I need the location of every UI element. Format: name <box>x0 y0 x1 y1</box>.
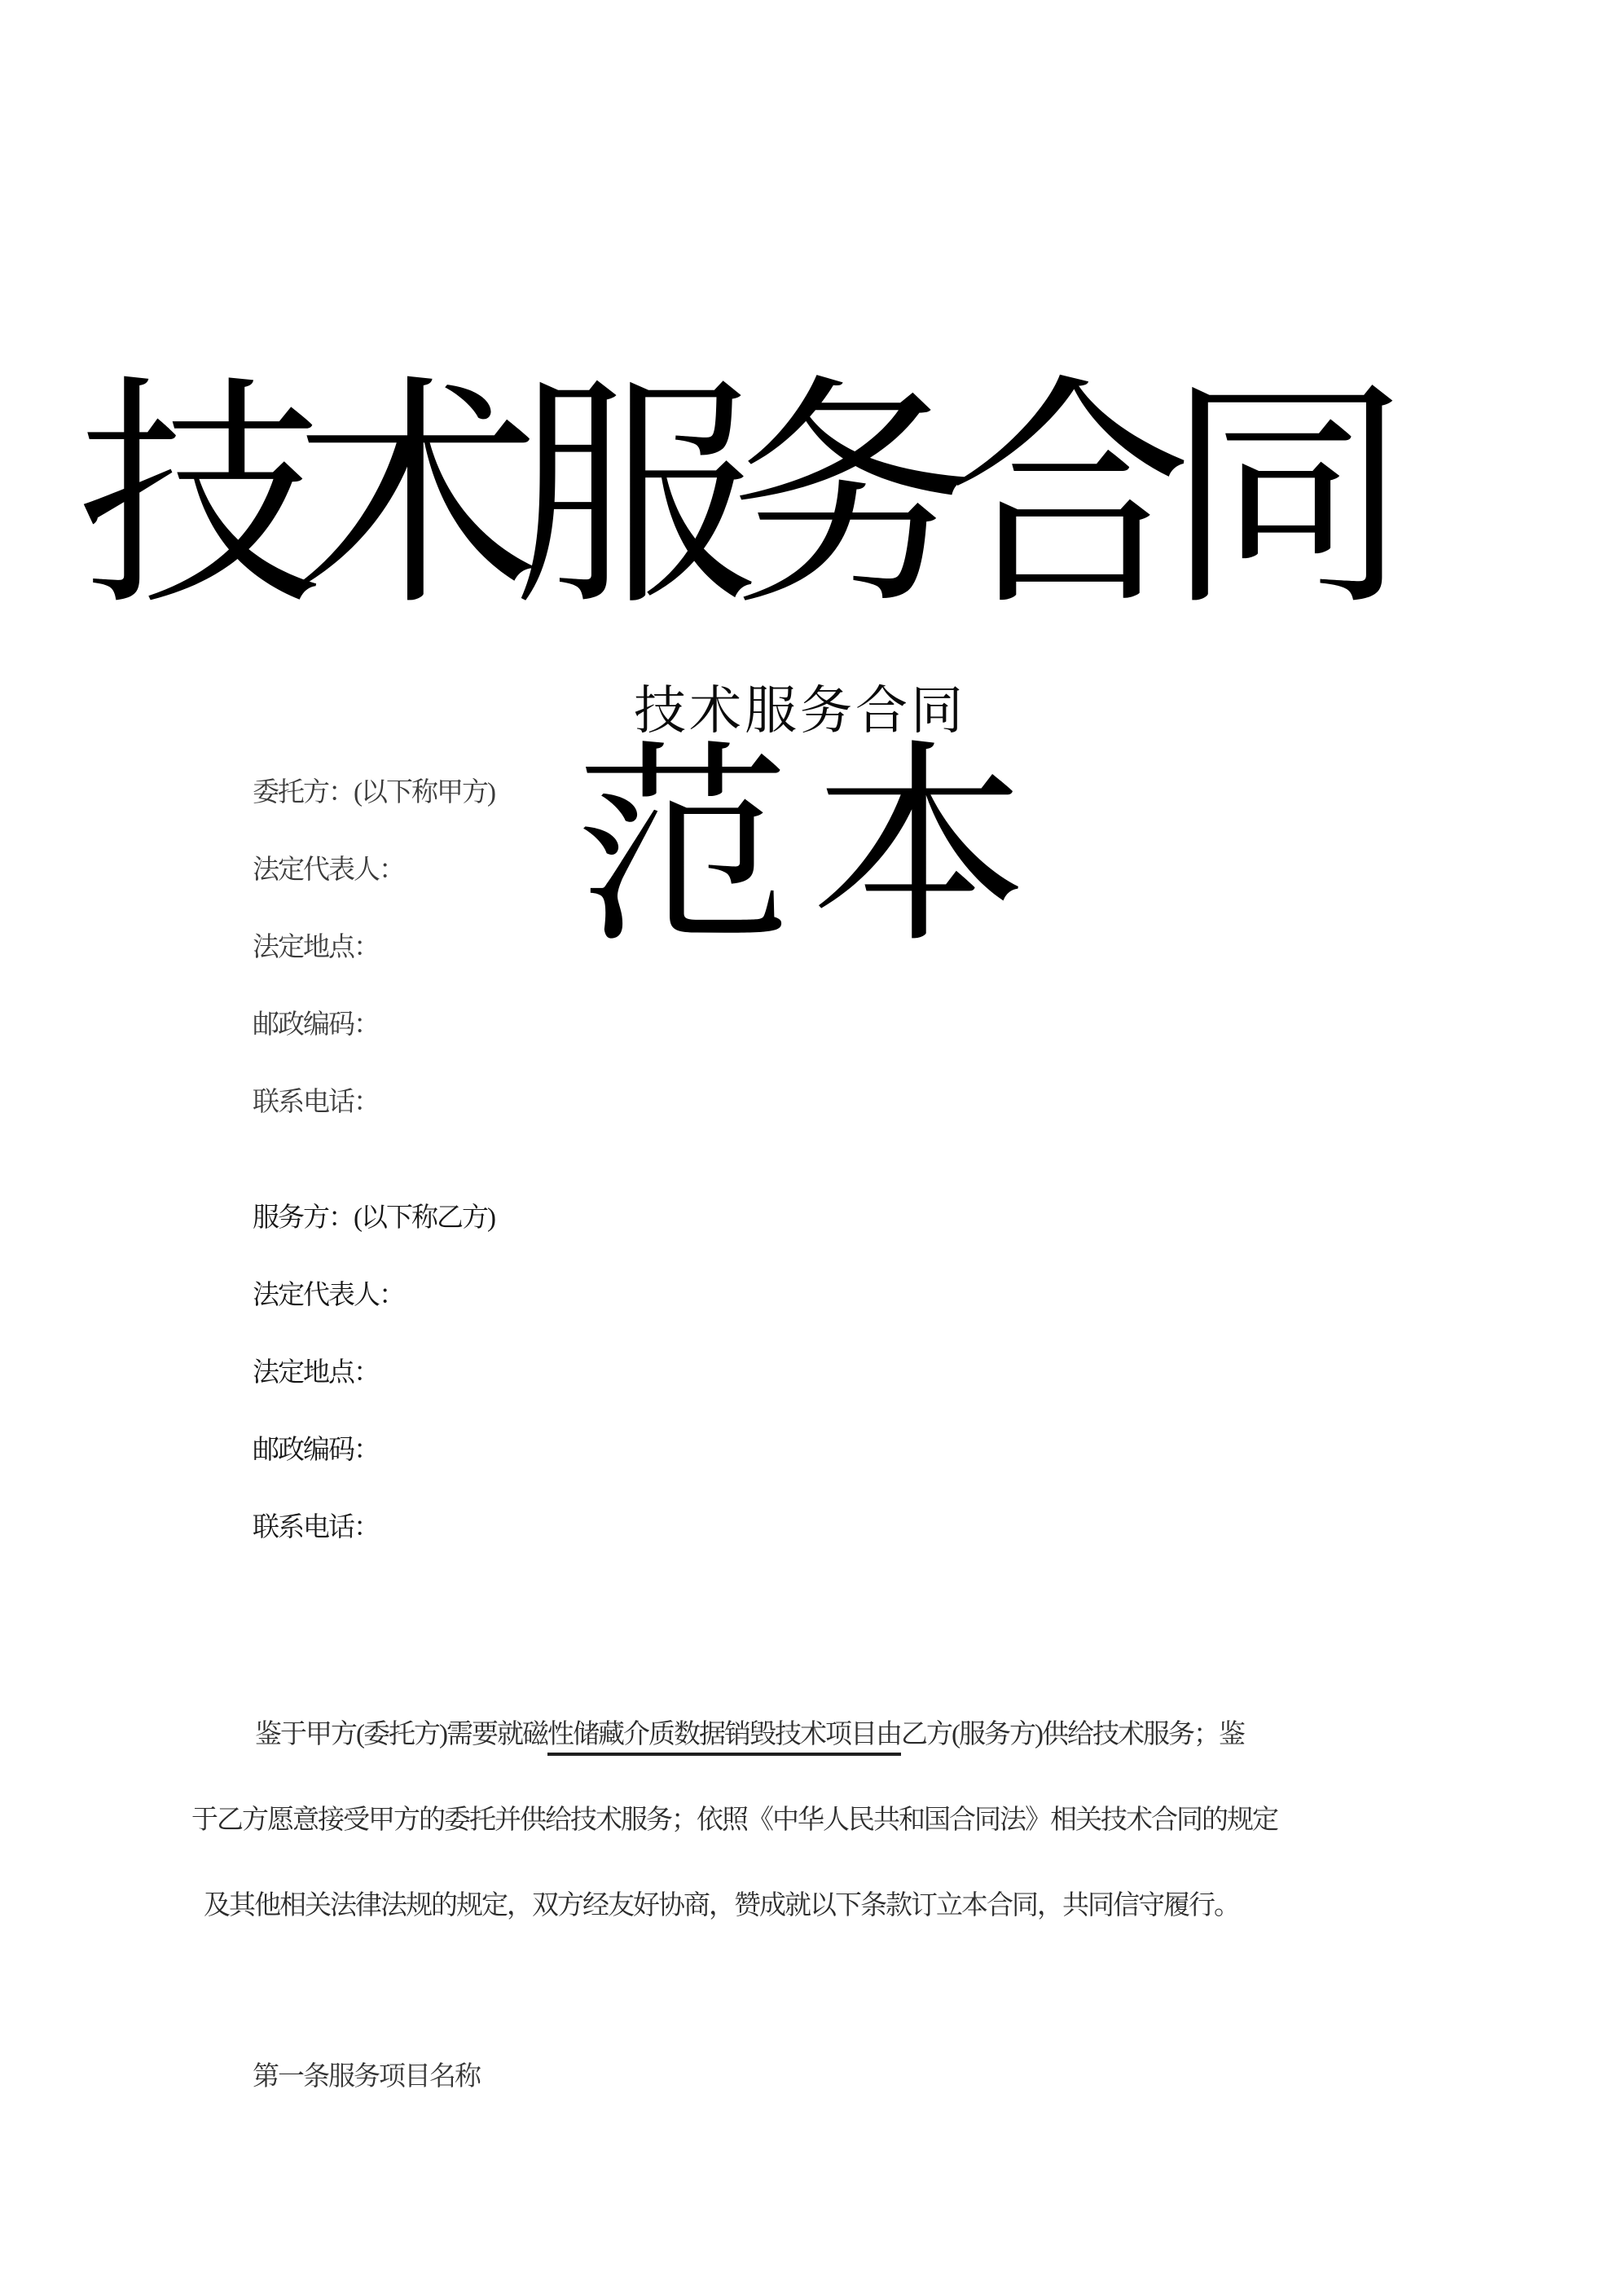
article-1-heading: 第一条服务项目名称 <box>253 2060 480 2095</box>
recitals-line-3: 及其他相关法律法规的规定，双方经友好协商，赞成就以下条款订立本合同，共同信守履行… <box>204 1889 1239 1924</box>
field-provider-legal-representative: 法定代表人： <box>253 1278 404 1313</box>
field-provider-phone: 联系电话： <box>253 1511 379 1546</box>
field-client-postal-code: 邮政编码： <box>253 1008 379 1043</box>
field-provider-legal-address: 法定地点： <box>253 1356 379 1391</box>
field-client-legal-representative: 法定代表人： <box>253 853 404 888</box>
field-provider: 服务方：(以下称乙方) <box>253 1201 495 1236</box>
main-title: 技术服务合同 <box>77 371 1382 627</box>
field-client-phone: 联系电话： <box>253 1085 379 1120</box>
field-client-legal-address: 法定地点： <box>253 930 379 965</box>
document-page: 技术服务合同 技术服务合同 范本 委托方：(以下称甲方) 法定代表人： 法定地点… <box>0 0 1622 2296</box>
field-provider-postal-code: 邮政编码： <box>253 1433 379 1468</box>
recitals-line-1: 鉴于甲方(委托方)需要就磁性储藏介质数据销毁技术项目由乙方(服务方)供给技术服务… <box>255 1718 1244 1753</box>
recitals-line-1-post: 乙方(服务方)供给技术服务；鉴 <box>901 1720 1244 1749</box>
recitals-line-1-pre: 鉴于甲方(委托方)需要就磁 <box>255 1720 547 1749</box>
field-client: 委托方：(以下称甲方) <box>253 776 495 811</box>
recitals-line-2: 于乙方愿意接受甲方的委托并供给技术服务；依照《中华人民共和国合同法》相关技术合同… <box>191 1803 1277 1838</box>
template-label: 范本 <box>575 740 1048 960</box>
recitals-line-1-underlined-project-name: 性储藏介质数据销毁技术项目由 <box>547 1720 901 1756</box>
